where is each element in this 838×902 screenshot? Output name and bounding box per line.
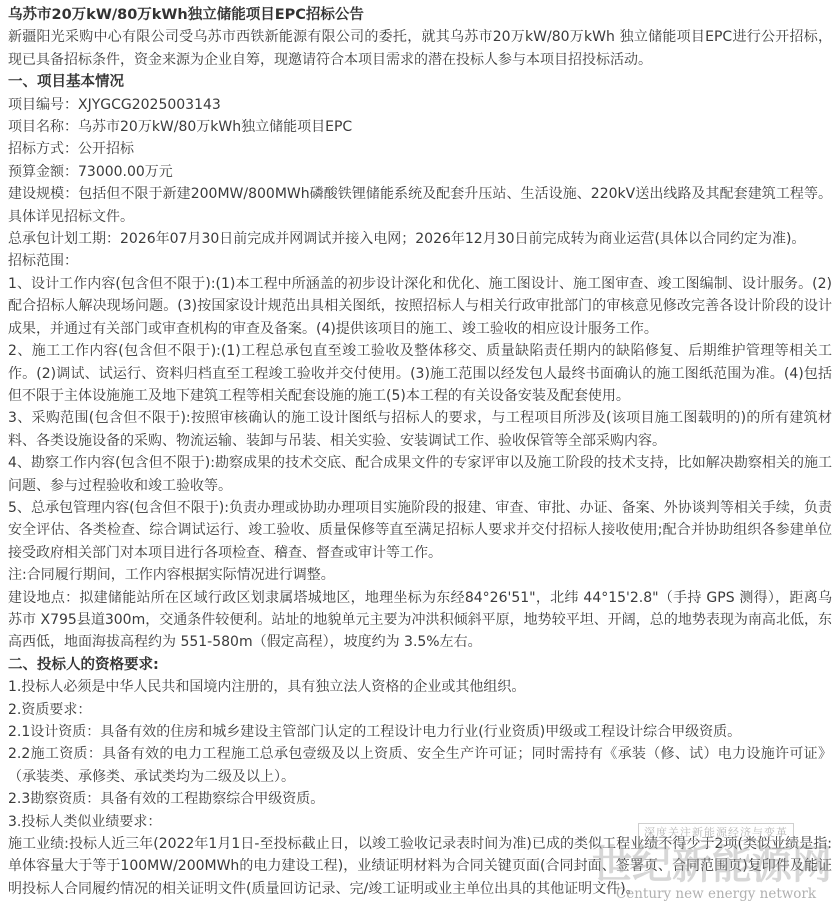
paragraph: 2.1设计资质：具备有效的住房和城乡建设主管部门认定的工程设计电力行业(行业资质… bbox=[8, 721, 832, 743]
paragraph: 招标方式：公开招标 bbox=[8, 138, 832, 160]
paragraph: 1.投标人必须是中华人民共和国境内注册的，具有独立法人资格的企业或其他组织。 bbox=[8, 676, 832, 698]
tender-announcement-page: 乌苏市20万kW/80万kWh独立储能项目EPC招标公告 新疆阳光采购中心有限公… bbox=[0, 0, 838, 902]
section-heading-project-basic-info: 一、项目基本情况 bbox=[8, 71, 832, 93]
section-bidder-qualifications-body: 1.投标人必须是中华人民共和国境内注册的，具有独立法人资格的企业或其他组织。2.… bbox=[8, 676, 832, 900]
paragraph: 招标范围： bbox=[8, 250, 832, 272]
paragraph: 施工业绩:投标人近三年(2022年1月1日-至投标截止日，以竣工验收记录表时间为… bbox=[8, 833, 832, 900]
paragraph: 项目编号：XJYGCG2025003143 bbox=[8, 94, 832, 116]
paragraph: 3.投标人类似业绩要求： bbox=[8, 811, 832, 833]
paragraph: 预算金额：73000.00万元 bbox=[8, 161, 832, 183]
paragraph: 2.3勘察资质：具备有效的工程勘察综合甲级资质。 bbox=[8, 788, 832, 810]
paragraph: 注:合同履行期间，工作内容根据实际情况进行调整。 bbox=[8, 564, 832, 586]
section-project-basic-info-body: 项目编号：XJYGCG2025003143项目名称：乌苏市20万kW/80万kW… bbox=[8, 94, 832, 654]
paragraph: 建设规模：包括但不限于新建200MW/800MWh磷酸铁锂储能系统及配套升压站、… bbox=[8, 183, 832, 228]
paragraph: 总承包计划工期：2026年07月30日前完成并网调试并接入电网；2026年12月… bbox=[8, 228, 832, 250]
intro-paragraph: 新疆阳光采购中心有限公司受乌苏市西铁新能源有限公司的委托，就其乌苏市20万kW/… bbox=[8, 26, 832, 71]
page-title: 乌苏市20万kW/80万kWh独立储能项目EPC招标公告 bbox=[8, 4, 832, 26]
paragraph: 2.2施工资质：具备有效的电力工程施工总承包壹级及以上资质、安全生产许可证；同时… bbox=[8, 743, 832, 788]
paragraph: 2、施工工作内容(包含但不限于):(1)工程总承包直至竣工验收及整体移交、质量缺… bbox=[8, 340, 832, 407]
paragraph: 项目名称：乌苏市20万kW/80万kWh独立储能项目EPC bbox=[8, 116, 832, 138]
paragraph: 2.资质要求： bbox=[8, 699, 832, 721]
paragraph: 建设地点：拟建储能站所在区域行政区划隶属塔城地区，地理坐标为东经84°26'51… bbox=[8, 587, 832, 654]
section-heading-bidder-qualifications: 二、投标人的资格要求: bbox=[8, 654, 832, 676]
paragraph: 3、采购范围(包含但不限于):按照审核确认的施工设计图纸与招标人的要求，与工程项… bbox=[8, 407, 832, 452]
paragraph: 5、总承包管理内容(包含但不限于):负责办理或协助办理项目实施阶段的报建、审查、… bbox=[8, 497, 832, 564]
paragraph: 4、勘察工作内容(包含但不限于):勘察成果的技术交底、配合成果文件的专家评审以及… bbox=[8, 452, 832, 497]
paragraph: 1、设计工作内容(包含但不限于):(1)本工程中所涵盖的初步设计深化和优化、施工… bbox=[8, 273, 832, 340]
